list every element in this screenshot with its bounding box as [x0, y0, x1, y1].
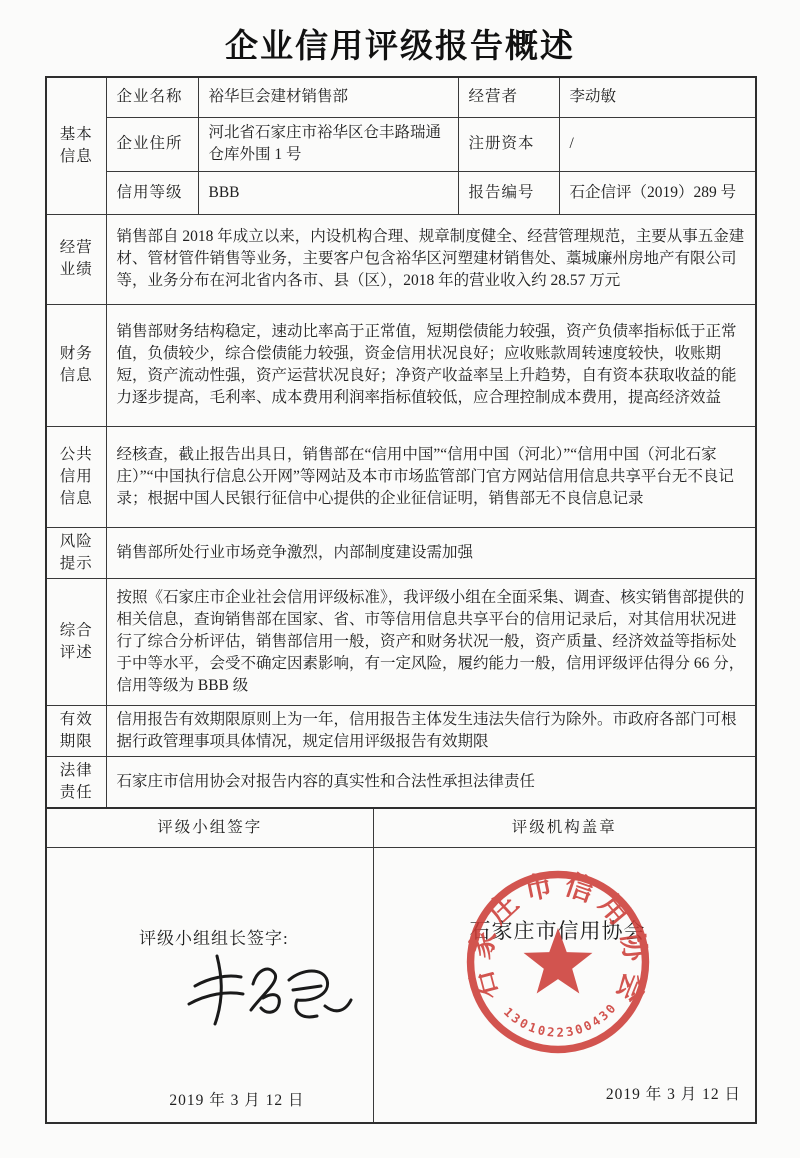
section-content-overall-review: 按照《石家庄市企业社会信用评级标准》，我评级小组在全面采集、调查、核实销售部提供… [106, 578, 756, 705]
right-date: 2019 年 3 月 12 日 [606, 1084, 741, 1106]
section-label-basic-info: 基本信息 [46, 77, 106, 214]
section-content-legal-responsibility: 石家庄市信用协会对报告内容的真实性和合法性承担法律责任 [106, 756, 756, 808]
left-date: 2019 年 3 月 12 日 [169, 1090, 304, 1112]
red-official-seal: 石家庄市信用协会 1301022300430 [462, 866, 654, 1058]
signature-right-cell: 石家庄市信用协会 石家庄市信用协会 1301022300430 [373, 847, 756, 1123]
table-row: 评级小组组长签字: [46, 847, 756, 1123]
signature-left-cell: 评级小组组长签字: [46, 847, 373, 1123]
team-leader-signature-label: 评级小组组长签字: [139, 928, 289, 950]
field-value-address: 河北省石家庄市裕华区仓丰路瑞通仓库外围 1 号 [198, 117, 458, 171]
section-content-validity-period: 信用报告有效期限原则上为一年，信用报告主体发生违法失信行为除外。市政府各部门可根… [106, 705, 756, 756]
section-label-validity-period: 有效期限 [46, 705, 106, 756]
field-label-operator: 经营者 [458, 77, 559, 117]
handwritten-signature [187, 950, 357, 1047]
section-label-legal-responsibility: 法律责任 [46, 756, 106, 808]
field-value-operator: 李动敏 [559, 77, 756, 117]
field-label-credit-rating: 信用等级 [106, 171, 198, 214]
field-label-address: 企业住所 [106, 117, 198, 171]
table-row: 综合评述 按照《石家庄市企业社会信用评级标准》，我评级小组在全面采集、调查、核实… [46, 578, 756, 705]
table-row: 风险提示 销售部所处行业市场竞争激烈，内部制度建设需加强 [46, 527, 756, 578]
field-value-company-name: 裕华巨会建材销售部 [198, 77, 458, 117]
signature-right-header: 评级机构盖章 [373, 809, 756, 848]
section-label-financial-info: 财务信息 [46, 304, 106, 426]
table-row: 企业住所 河北省石家庄市裕华区仓丰路瑞通仓库外围 1 号 注册资本 / [46, 117, 756, 171]
table-row: 财务信息 销售部财务结构稳定，速动比率高于正常值，短期偿债能力较强，资产负债率指… [46, 304, 756, 426]
seal-star-icon [523, 927, 592, 993]
table-row: 经营业绩 销售部自 2018 年成立以来，内设机构合理、规章制度健全、经营管理规… [46, 214, 756, 304]
section-label-public-credit-info: 公共信用信息 [46, 426, 106, 527]
field-label-company-name: 企业名称 [106, 77, 198, 117]
table-row: 评级小组签字 评级机构盖章 [46, 809, 756, 848]
main-table: 基本信息 企业名称 裕华巨会建材销售部 经营者 李动敏 企业住所 河北省石家庄市… [45, 76, 757, 809]
section-content-financial-info: 销售部财务结构稳定，速动比率高于正常值，短期偿债能力较强，资产负债率指标低于正常… [106, 304, 756, 426]
field-value-credit-rating: BBB [198, 171, 458, 214]
field-label-registered-capital: 注册资本 [458, 117, 559, 171]
signature-table: 评级小组签字 评级机构盖章 评级小组组长签字: [45, 809, 757, 1124]
field-label-report-number: 报告编号 [458, 171, 559, 214]
table-row: 有效期限 信用报告有效期限原则上为一年，信用报告主体发生违法失信行为除外。市政府… [46, 705, 756, 756]
table-row: 信用等级 BBB 报告编号 石企信评（2019）289 号 [46, 171, 756, 214]
table-row: 基本信息 企业名称 裕华巨会建材销售部 经营者 李动敏 [46, 77, 756, 117]
section-content-risk-warning: 销售部所处行业市场竞争激烈，内部制度建设需加强 [106, 527, 756, 578]
report-table: 基本信息 企业名称 裕华巨会建材销售部 经营者 李动敏 企业住所 河北省石家庄市… [45, 76, 755, 1124]
section-label-business-performance: 经营业绩 [46, 214, 106, 304]
signature-left-header: 评级小组签字 [46, 809, 373, 848]
table-row: 法律责任 石家庄市信用协会对报告内容的真实性和合法性承担法律责任 [46, 756, 756, 808]
field-value-report-number: 石企信评（2019）289 号 [559, 171, 756, 214]
section-label-overall-review: 综合评述 [46, 578, 106, 705]
page-title: 企业信用评级报告概述 [0, 20, 800, 67]
field-value-registered-capital: / [559, 117, 756, 171]
section-content-business-performance: 销售部自 2018 年成立以来，内设机构合理、规章制度健全、经营管理规范，主要从… [106, 214, 756, 304]
section-content-public-credit-info: 经核查，截止报告出具日，销售部在“信用中国”“信用中国（河北）”“信用中国（河北… [106, 426, 756, 527]
table-row: 公共信用信息 经核查，截止报告出具日，销售部在“信用中国”“信用中国（河北）”“… [46, 426, 756, 527]
section-label-risk-warning: 风险提示 [46, 527, 106, 578]
